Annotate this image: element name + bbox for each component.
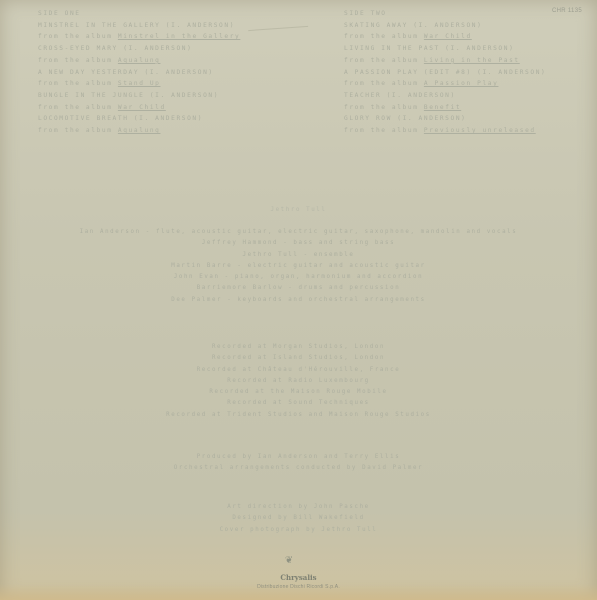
track-title: Cross-Eyed Mary (I. Anderson) [38, 43, 240, 55]
track-source: from the album A Passion Play [344, 78, 546, 90]
side-one-tracklist: Side One Minstrel in the Gallery (I. And… [38, 8, 240, 137]
credit-line: Ian Anderson - flute, acoustic guitar, e… [0, 227, 597, 238]
from-label: from the album [38, 104, 118, 111]
credit-line: John Evan - piano, organ, harmonium and … [0, 272, 597, 283]
personnel-credits: Ian Anderson - flute, acoustic guitar, e… [0, 227, 597, 306]
track-title: A Passion Play (Edit #8) (I. Anderson) [344, 67, 546, 79]
design-credits: Art direction by John PascheDesigned by … [0, 502, 597, 536]
credit-line: Recorded at Sound Techniques [0, 398, 597, 409]
track-source: from the album Benefit [344, 102, 546, 114]
side-two-heading: Side Two [344, 8, 546, 20]
album-name: Previously unreleased [424, 127, 536, 134]
credit-line: Dee Palmer - keyboards and orchestral ar… [0, 295, 597, 306]
track-title: Skating Away (I. Anderson) [344, 20, 546, 32]
credit-line: Produced by Ian Anderson and Terry Ellis [0, 452, 597, 463]
production-credits: Produced by Ian Anderson and Terry Ellis… [0, 452, 597, 475]
track-source: from the album Aqualung [38, 55, 240, 67]
credit-line: Jethro Tull - ensemble [0, 250, 597, 261]
track-source: from the album Stand Up [38, 78, 240, 90]
credit-line: Designed by Bill Wakefield [0, 513, 597, 524]
side-two-tracklist: Side Two Skating Away (I. Anderson)from … [344, 8, 546, 137]
track-title: Locomotive Breath (I. Anderson) [38, 113, 240, 125]
catalog-number: CHR 1135 [552, 8, 582, 14]
track-source: from the album Minstrel in the Gallery [38, 31, 240, 43]
credit-line: Recorded at Morgan Studios, London [0, 342, 597, 353]
label-brand: Chrysalis [280, 573, 316, 582]
track-source: from the album War Child [344, 31, 546, 43]
personnel-heading: Jethro Tull [0, 207, 597, 213]
credit-line: Barriemore Barlow - drums and percussion [0, 283, 597, 294]
track-title: Teacher (I. Anderson) [344, 90, 546, 102]
album-name: Aqualung [118, 127, 161, 134]
track-title: Glory Row (I. Anderson) [344, 113, 546, 125]
credit-line: Cover photograph by Jethro Tull [0, 525, 597, 536]
track-title: Bungle in the Jungle (I. Anderson) [38, 90, 240, 102]
from-label: from the album [344, 57, 424, 64]
credit-line: Art direction by John Pasche [0, 502, 597, 513]
album-name: War Child [424, 33, 472, 40]
handwritten-mark [248, 20, 308, 31]
credit-line: Recorded at Radio Luxembourg [0, 376, 597, 387]
credit-line: Martin Barre - electric guitar and acous… [0, 261, 597, 272]
from-label: from the album [38, 33, 118, 40]
distribution-text: Distribuzione Dischi Ricordi S.p.A. [0, 584, 597, 590]
credit-line: Orchestral arrangements conducted by Dav… [0, 463, 597, 474]
album-name: Living in the Past [424, 57, 520, 64]
credit-line: Recorded at Trident Studios and Maison R… [0, 410, 597, 421]
track-title: A New Day Yesterday (I. Anderson) [38, 67, 240, 79]
from-label: from the album [38, 57, 118, 64]
track-source: from the album Living in the Past [344, 55, 546, 67]
from-label: from the album [38, 127, 118, 134]
from-label: from the album [38, 80, 118, 87]
album-name: War Child [118, 104, 166, 111]
track-source: from the album Aqualung [38, 125, 240, 137]
side-one-heading: Side One [38, 8, 240, 20]
album-back-cover: CHR 1135 Side One Minstrel in the Galler… [0, 0, 597, 600]
from-label: from the album [344, 33, 424, 40]
track-source: from the album War Child [38, 102, 240, 114]
butterfly-icon: ❦ [0, 553, 597, 565]
credit-line: Recorded at Island Studios, London [0, 353, 597, 364]
credit-line: Jeffrey Hammond - bass and string bass [0, 238, 597, 249]
album-name: Stand Up [118, 80, 161, 87]
chrysalis-logo: ❦ Chrysalis Distribuzione Dischi Ricordi… [0, 553, 597, 590]
from-label: from the album [344, 80, 424, 87]
track-title: Living in the Past (I. Anderson) [344, 43, 546, 55]
track-title: Minstrel in the Gallery (I. Anderson) [38, 20, 240, 32]
credit-line: Recorded at the Maison Rouge Mobile [0, 387, 597, 398]
album-name: Aqualung [118, 57, 161, 64]
from-label: from the album [344, 127, 424, 134]
recording-credits: Recorded at Morgan Studios, LondonRecord… [0, 342, 597, 421]
track-source: from the album Previously unreleased [344, 125, 546, 137]
from-label: from the album [344, 104, 424, 111]
credit-line: Recorded at Château d'Hérouville, France [0, 365, 597, 376]
album-name: A Passion Play [424, 80, 499, 87]
album-name: Minstrel in the Gallery [118, 33, 240, 40]
album-name: Benefit [424, 104, 461, 111]
